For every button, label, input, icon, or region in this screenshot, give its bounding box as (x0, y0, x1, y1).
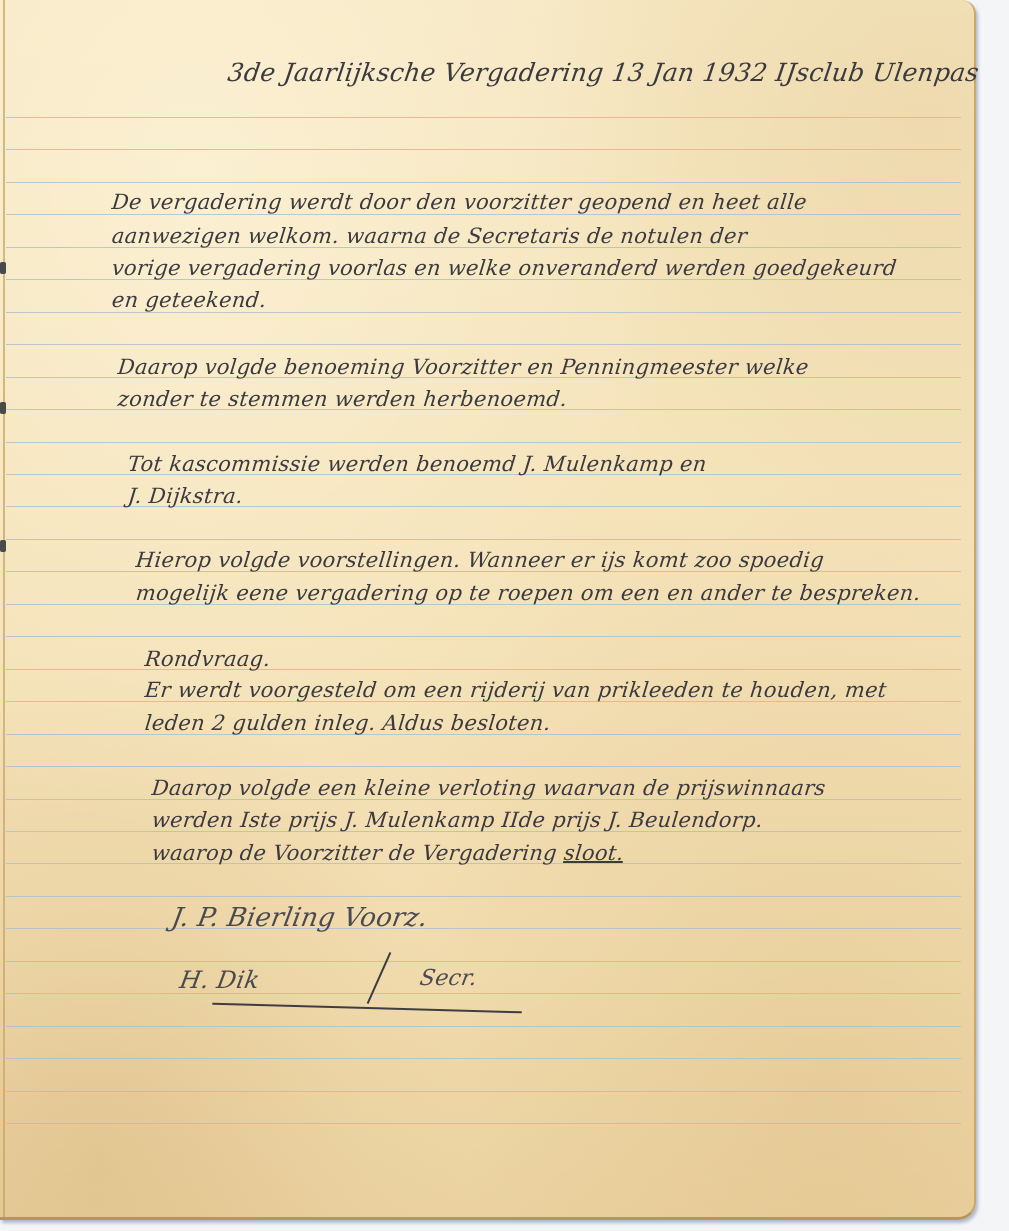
secretary-signature: H. Dik (178, 966, 262, 994)
paragraph-1-line-4: en geteekend. (111, 288, 268, 312)
chairman-signature: J. P. Bierling Voorz. (169, 903, 430, 933)
staple-hole-top (0, 262, 6, 274)
ruled-line (6, 896, 961, 897)
paragraph-6-line-1: Daarop volgde een kleine verloting waarv… (151, 776, 827, 800)
ruled-line (6, 149, 961, 150)
ruled-line (6, 117, 961, 118)
ruled-line (6, 1026, 961, 1027)
ruled-line (6, 1058, 961, 1059)
rondvraag-heading: Rondvraag. (144, 647, 272, 671)
signature-underline (212, 1003, 522, 1014)
ruled-line (6, 442, 961, 443)
ruled-line (6, 182, 961, 183)
ruled-line (6, 993, 961, 994)
paragraph-4-line-2: mogelijk eene vergadering op te roepen o… (135, 581, 922, 605)
paragraph-6-line-3: waarop de Voorzitter de Vergadering sloo… (151, 841, 625, 865)
paragraph-6-line-2: werden Iste prijs J. Mulenkamp IIde prij… (151, 808, 764, 832)
ruled-line (6, 214, 961, 215)
staple-hole-middle (0, 402, 6, 414)
ruled-line (6, 766, 961, 767)
paragraph-1-line-3: vorige vergadering voorlas en welke onve… (111, 256, 898, 280)
underlined-word: sloot. (563, 841, 625, 865)
binding-edge (3, 0, 5, 1217)
paragraph-3-line-2: J. Dijkstra. (127, 484, 245, 508)
paragraph-2-line-2: zonder te stemmen werden herbenoemd. (117, 387, 569, 411)
paragraph-1-line-1: De vergadering werdt door den voorzitter… (111, 190, 808, 214)
ruled-line (6, 344, 961, 345)
paragraph-5-line-2: leden 2 gulden inleg. Aldus besloten. (144, 711, 552, 735)
ruled-line (6, 928, 961, 929)
paragraph-3-line-1: Tot kascommissie werden benoemd J. Mulen… (127, 452, 708, 476)
ruled-line (6, 1123, 961, 1124)
closing-text: waarop de Voorzitter de Vergadering (151, 841, 566, 865)
ruled-line (6, 539, 961, 540)
staple-hole-bottom (0, 540, 6, 552)
ruled-line (6, 961, 961, 962)
paragraph-1-line-2: aanwezigen welkom. waarna de Secretaris … (111, 224, 749, 248)
paragraph-4-line-1: Hierop volgde voorstellingen. Wanneer er… (135, 548, 826, 572)
page-heading: 3de Jaarlijksche Vergadering 13 Jan 1932… (226, 58, 981, 87)
paragraph-2-line-1: Daarop volgde benoeming Voorzitter en Pe… (117, 355, 810, 379)
ruled-line (6, 636, 961, 637)
secretary-title: Secr. (418, 966, 479, 991)
notebook-page: 3de Jaarlijksche Vergadering 13 Jan 1932… (0, 0, 976, 1220)
ruled-line (6, 1091, 961, 1092)
paragraph-5-line-1: Er werdt voorgesteld om een rijderij van… (144, 678, 888, 702)
